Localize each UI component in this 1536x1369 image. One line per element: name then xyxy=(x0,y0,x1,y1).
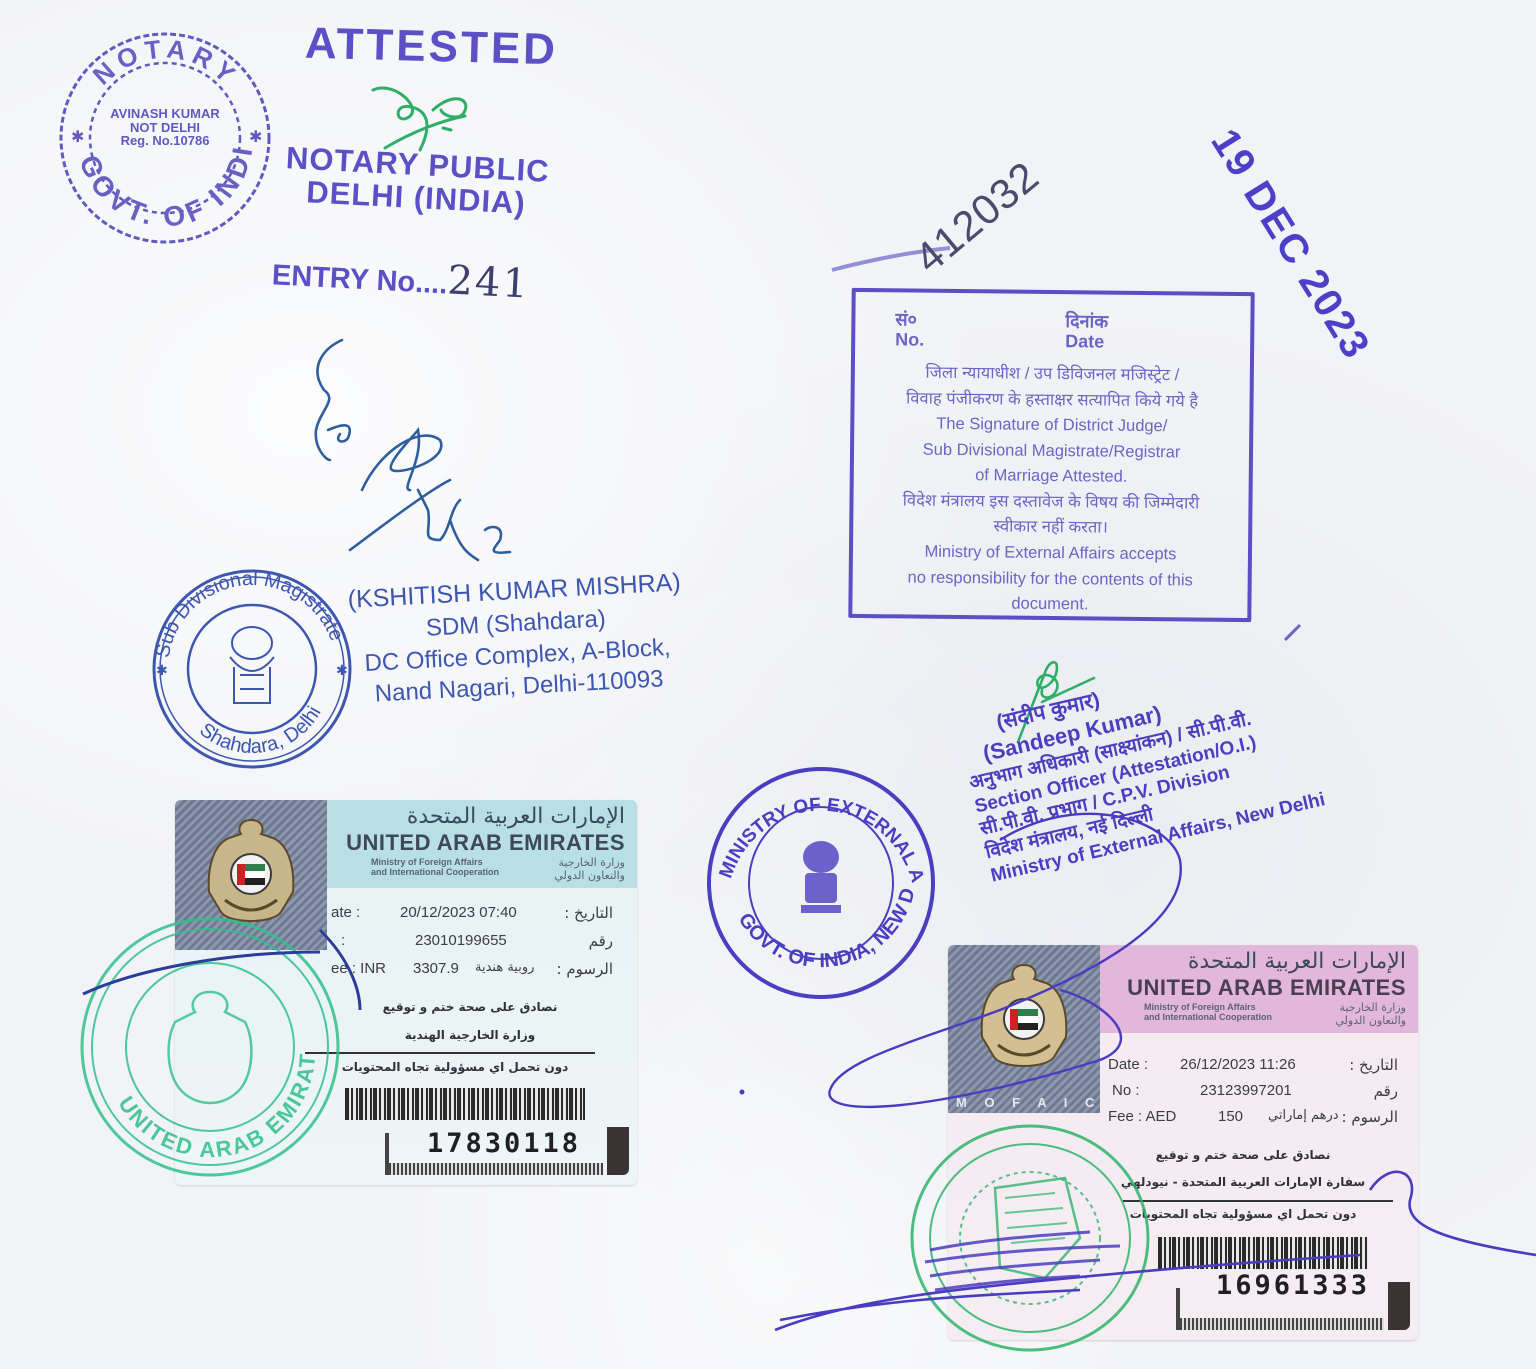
header-english: UNITED ARAB EMIRATES xyxy=(346,830,625,856)
header-arabic: الإمارات العربية المتحدة xyxy=(407,804,625,829)
svg-text:✱: ✱ xyxy=(71,129,84,146)
ministry-english: Ministry of Foreign Affairs and Internat… xyxy=(1144,1002,1272,1023)
ministry-ar-line: وزارة الخارجية xyxy=(554,856,625,869)
sticker-serial: 16961333 xyxy=(1216,1270,1370,1301)
ministry-ar-line: والتعاون الدولي xyxy=(1335,1014,1406,1027)
no-label-ar: رقم xyxy=(1374,1082,1398,1100)
date-label-ar: التاريخ : xyxy=(1349,1056,1398,1074)
entry-number: 241 xyxy=(446,257,531,307)
barcode xyxy=(345,1088,585,1120)
box-line: विवाह पंजीकरण के हस्ताक्षर सत्यापित किये… xyxy=(854,385,1249,415)
sticker-serial: 17830118 xyxy=(427,1128,581,1159)
sticker-corner-mark xyxy=(1388,1282,1410,1330)
no-label-ar: رقم xyxy=(589,932,613,950)
hologram-text: M O F A I C xyxy=(956,1095,1101,1110)
svg-text:✱: ✱ xyxy=(336,662,348,678)
statement-line2: وزارة الخارجية الهندية xyxy=(325,1028,615,1042)
uae-eagle-emblem-icon xyxy=(976,961,1072,1079)
attested-label: ATTESTED xyxy=(304,19,558,76)
uae-mofaic-seal-green xyxy=(905,1118,1155,1358)
sdm-signature xyxy=(300,330,530,590)
fee-currency-ar: درهم إماراتي xyxy=(1268,1108,1339,1123)
ministry-en-line: Ministry of Foreign Affairs xyxy=(371,857,499,867)
sdm-round-seal: Sub Divisional Magistrate Shahdara, Delh… xyxy=(150,565,360,775)
fee-value: 3307.9 xyxy=(413,960,459,977)
entry-label: ENTRY No.... xyxy=(271,259,448,300)
fee-label-ar: الرسوم : xyxy=(557,960,613,978)
no-label: No : xyxy=(1112,1082,1140,1099)
box-date-hi: दिनांक xyxy=(1065,312,1108,332)
header-english: UNITED ARAB EMIRATES xyxy=(1127,975,1406,1001)
disclaimer: دون تحمل اي مسؤولية تجاه المحتويات xyxy=(325,1060,585,1074)
date-label: Date : xyxy=(1108,1056,1148,1073)
box-line: no responsibility for the contents of th… xyxy=(853,564,1248,594)
statement-line1: نصادق على صحة ختم و توقيع xyxy=(325,1000,615,1014)
notary-region: NOT DELHI xyxy=(95,121,235,135)
fee-label-ar: الرسوم : xyxy=(1342,1108,1398,1126)
ministry-en-line: Ministry of Foreign Affairs xyxy=(1144,1002,1272,1012)
barcode xyxy=(1158,1237,1368,1269)
date-label-ar: التاريخ : xyxy=(564,904,613,922)
divider xyxy=(305,1052,595,1054)
mea-round-seal: MINISTRY OF EXTERNAL AFFAIRS GOVT. OF IN… xyxy=(705,765,940,1005)
notary-entry: ENTRY No....241 xyxy=(271,248,531,307)
box-line: document. xyxy=(852,590,1247,620)
box-line: विदेश मंत्रालय इस दस्तावेज के विषय की जि… xyxy=(853,488,1248,518)
svg-text:Sub Divisional Magistrate: Sub Divisional Magistrate xyxy=(152,568,348,660)
ministry-en-line: and International Cooperation xyxy=(371,867,499,877)
ministry-english: Ministry of Foreign Affairs and Internat… xyxy=(371,857,499,878)
mea-serial-stamp: 412032 xyxy=(830,140,1090,280)
ministry-ar-line: وزارة الخارجية xyxy=(1335,1001,1406,1014)
bottom-barcode xyxy=(1180,1318,1384,1330)
box-date-en: Date xyxy=(1065,332,1108,352)
box-no-hi: सं० xyxy=(895,310,924,330)
notary-reg-no: Reg. No.10786 xyxy=(95,134,235,148)
notary-public-title: NOTARY PUBLIC DELHI (INDIA) xyxy=(283,141,550,222)
sticker-corner-mark xyxy=(607,1127,629,1175)
ministry-ar-line: والتعاون الدولي xyxy=(554,869,625,882)
fee-currency-ar: روبية هندية xyxy=(475,960,534,975)
ministry-arabic: وزارة الخارجية والتعاون الدولي xyxy=(554,856,625,882)
ministry-en-line: and International Cooperation xyxy=(1144,1012,1272,1022)
fee-value: 150 xyxy=(1218,1108,1243,1125)
bottom-barcode xyxy=(389,1163,603,1175)
svg-text:✱: ✱ xyxy=(156,662,168,678)
box-text: जिला न्यायाधीश / उप डिविजनल मजिस्ट्रेट /… xyxy=(852,360,1250,620)
mea-attestation-box: सं० No. दिनांक Date जिला न्यायाधीश / उप … xyxy=(848,288,1254,622)
mea-serial-number: 412032 xyxy=(906,152,1048,282)
header-arabic: الإمارات العربية المتحدة xyxy=(1188,949,1406,974)
box-no-en: No. xyxy=(895,330,924,350)
uae-embassy-seal-green: UNITED ARAB EMIRATES xyxy=(75,912,345,1182)
sdm-officer-block: (KSHITISH KUMAR MISHRA) SDM (Shahdara) D… xyxy=(347,566,687,711)
notary-seal-inner: AVINASH KUMAR NOT DELHI Reg. No.10786 xyxy=(95,107,235,148)
divider xyxy=(1123,1200,1393,1202)
no-value: 23010199655 xyxy=(415,932,507,949)
svg-text:✱: ✱ xyxy=(249,129,262,146)
ministry-arabic: وزارة الخارجية والتعاون الدولي xyxy=(1335,1001,1406,1027)
date-value: 20/12/2023 07:40 xyxy=(400,904,517,921)
date-value: 26/12/2023 11:26 xyxy=(1180,1056,1296,1073)
svg-text:NOTARY: NOTARY xyxy=(87,33,246,92)
no-value: 23123997201 xyxy=(1200,1082,1292,1099)
notary-name: AVINASH KUMAR xyxy=(95,107,235,121)
